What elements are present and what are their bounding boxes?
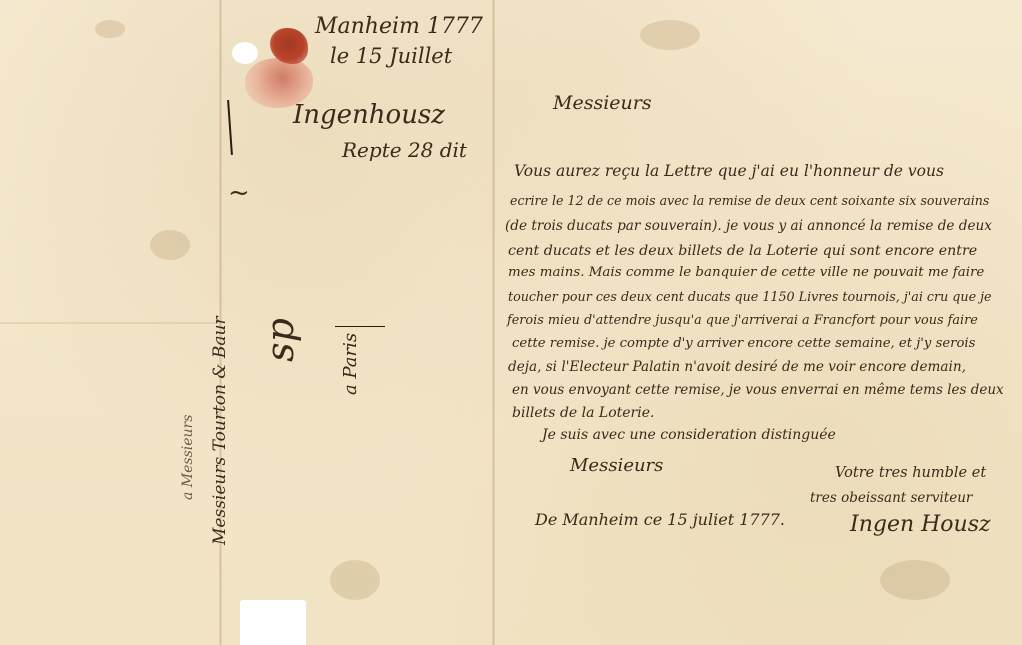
ink-stroke [227,100,233,155]
paper-stain [880,560,950,600]
body-line-10: en vous envoyant cette remise, je vous e… [512,382,1004,398]
paper-tear [240,600,306,645]
docket-sender: Ingenhousz [293,100,445,130]
paper-stain [150,230,190,260]
body-line-2: ecrire le 12 de ce mois avec la remise d… [510,193,989,208]
docket-date: le 15 Juillet [330,44,452,68]
letter-sheet: ~ Manheim 1777 le 15 Juillet Ingenhousz … [0,0,1022,645]
signoff-line-2: tres obeissant serviteur [810,490,972,506]
address-line-2: Messieurs Tourton & Baur [210,316,230,545]
ink-squiggle: ~ [228,178,250,208]
fold-line-center [492,0,495,645]
docket-place-year: Manheim 1777 [315,14,483,39]
salutation: Messieurs [553,92,652,114]
body-line-7: ferois mieu d'attendre jusqu'a que j'arr… [507,313,978,328]
signature: Ingen Housz [850,512,991,537]
paper-stain [640,20,700,50]
body-line-5: mes mains. Mais comme le banquier de cet… [508,265,984,280]
place-date: De Manheim ce 15 juliet 1777. [535,510,785,529]
body-line-6: toucher pour ces deux cent ducats que 11… [508,289,992,304]
paper-hole [232,42,258,64]
body-line-9: deja, si l'Electeur Palatin n'avoit desi… [508,359,966,375]
paper-stain [330,560,380,600]
body-line-8: cette remise. je compte d'y arriver enco… [512,336,975,351]
closing-salutation: Messieurs [570,455,663,476]
ink-stroke [335,326,385,327]
closing-line: Je suis avec une consideration distingué… [542,427,836,443]
body-line-1: Vous aurez reçu la Lettre que j'ai eu l'… [514,162,944,180]
address-city: a Paris [340,333,361,395]
body-line-11: billets de la Loterie. [512,405,654,421]
paper-stain [95,20,125,38]
docket-reply-note: Repte 28 dit [342,138,467,162]
signoff-line-1: Votre tres humble et [835,465,986,481]
address-line-1: a Messieurs [180,415,196,500]
body-line-3: (de trois ducats par souverain). je vous… [505,218,992,234]
body-line-4: cent ducats et les deux billets de la Lo… [508,243,977,259]
fold-line-horizontal [0,322,220,324]
postal-mark: sp [258,318,302,362]
